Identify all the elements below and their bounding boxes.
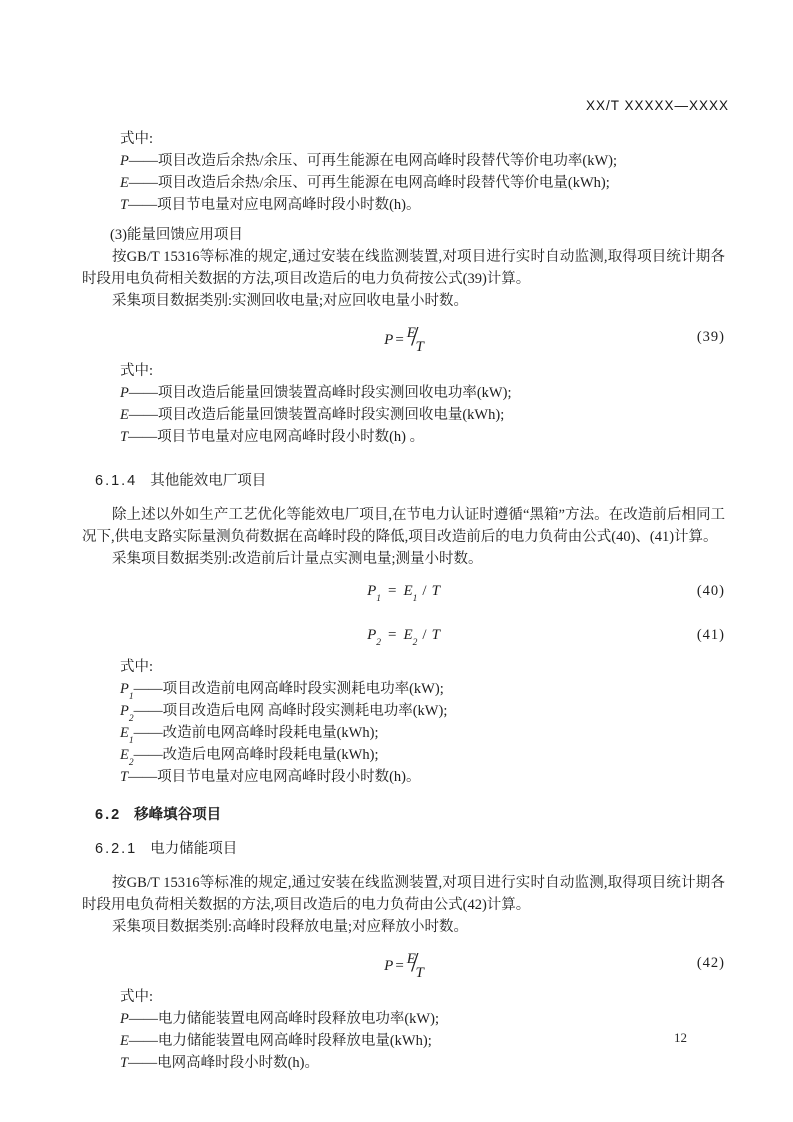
section-heading-6-2-1: 6.2.1电力储能项目 <box>95 838 725 860</box>
paragraph: 采集项目数据类别:高峰时段释放电量;对应释放小时数。 <box>82 916 725 938</box>
variable-symbol: P <box>120 1011 129 1027</box>
variable-symbol: E1 <box>120 725 134 741</box>
defs-label: 式中: <box>82 360 725 382</box>
heading-number: 6.2 <box>95 807 121 823</box>
paragraph: 采集项目数据类别:实测回收电量;对应回收电量小时数。 <box>82 290 725 312</box>
paragraph: 采集项目数据类别:改造前后计量点实测电量;测量小时数。 <box>82 548 725 570</box>
definition-text: ——项目改造后余热/余压、可再生能源在电网高峰时段替代等价电量(kWh); <box>129 175 610 191</box>
definition-item: E2——改造后电网高峰时段耗电量(kWh); <box>82 744 725 766</box>
variable-symbol: T <box>120 1055 128 1071</box>
variable-symbol: P1 <box>120 681 134 697</box>
definition-item: E——项目改造后余热/余压、可再生能源在电网高峰时段替代等价电量(kWh); <box>82 172 725 194</box>
definition-item: T——项目节电量对应电网高峰时段小时数(h)。 <box>82 194 725 216</box>
defs-label: 式中: <box>82 656 725 678</box>
definition-text: ——电网高峰时段小时数(h)。 <box>128 1055 319 1071</box>
formula-expression: P2=E2/T <box>367 624 440 646</box>
formula-41: P2=E2/T (41) <box>82 622 725 648</box>
formula-39: P=E/T (39) <box>82 316 725 358</box>
definition-item: E1——改造前电网高峰时段耗电量(kWh); <box>82 722 725 744</box>
variable-symbol: P2 <box>120 703 134 719</box>
definition-text: ——项目改造后电网 高峰时段实测耗电功率(kW); <box>134 703 448 719</box>
defs-label: 式中: <box>82 128 725 150</box>
variable-subscript: 1 <box>129 692 134 702</box>
formula-40: P1=E1/T (40) <box>82 578 725 604</box>
paragraph: 除上述以外如生产工艺优化等能效电厂项目,在节电力认证时遵循“黑箱”方法。在改造前… <box>82 504 725 548</box>
equation-number: (39) <box>697 326 725 348</box>
definition-item: T——项目节电量对应电网高峰时段小时数(h) 。 <box>82 426 725 448</box>
variable-subscript: 1 <box>129 736 134 746</box>
definitions-block: 式中: P1——项目改造前电网高峰时段实测耗电功率(kW); P2——项目改造后… <box>82 656 725 788</box>
definition-text: ——项目节电量对应电网高峰时段小时数(h) 。 <box>128 429 424 445</box>
definition-item: E——电力储能装置电网高峰时段释放电量(kWh); <box>82 1030 725 1052</box>
doc-code: XX/T XXXXX—XXXX <box>586 98 729 113</box>
equation-number: (42) <box>697 952 725 974</box>
definition-text: ——项目节电量对应电网高峰时段小时数(h)。 <box>128 769 420 785</box>
fraction: E/T <box>406 950 423 977</box>
formula-expression: P1=E1/T <box>367 580 440 602</box>
definition-item: P——电力储能装置电网高峰时段释放电功率(kW); <box>82 1008 725 1030</box>
variable-subscript: 2 <box>129 758 134 768</box>
formula-expression: P=E/T <box>384 324 423 351</box>
document-page: XX/T XXXXX—XXXX 式中: P——项目改造后余热/余压、可再生能源在… <box>0 0 793 1122</box>
definition-item: T——项目节电量对应电网高峰时段小时数(h)。 <box>82 766 725 788</box>
definition-item: P——项目改造后能量回馈装置高峰时段实测回收电功率(kW); <box>82 382 725 404</box>
list-item-heading: (3)能量回馈应用项目 <box>82 224 725 246</box>
variable-subscript: 2 <box>129 714 134 724</box>
fraction: E/T <box>406 324 423 351</box>
heading-title: 电力储能项目 <box>150 841 237 857</box>
variable-symbol: T <box>120 197 128 213</box>
paragraph: 按GB/T 15316等标准的规定,通过安装在线监测装置,对项目进行实时自动监测… <box>82 872 725 916</box>
definition-item: P——项目改造后余热/余压、可再生能源在电网高峰时段替代等价电功率(kW); <box>82 150 725 172</box>
section-heading-6-1-4: 6.1.4其他能效电厂项目 <box>95 470 725 492</box>
formula-42: P=E/T (42) <box>82 942 725 984</box>
variable-symbol: E <box>120 175 129 191</box>
definition-text: ——项目改造后能量回馈装置高峰时段实测回收电功率(kW); <box>129 385 512 401</box>
page-content: 式中: P——项目改造后余热/余压、可再生能源在电网高峰时段替代等价电功率(kW… <box>82 128 725 1074</box>
definition-text: ——电力储能装置电网高峰时段释放电功率(kW); <box>129 1011 439 1027</box>
defs-label: 式中: <box>82 986 725 1008</box>
heading-title: 其他能效电厂项目 <box>150 473 266 489</box>
formula-expression: P=E/T <box>384 950 423 977</box>
definition-text: ——项目改造后能量回馈装置高峰时段实测回收电量(kWh); <box>129 407 504 423</box>
variable-symbol: E2 <box>120 747 134 763</box>
definition-item: E——项目改造后能量回馈装置高峰时段实测回收电量(kWh); <box>82 404 725 426</box>
paragraph: 按GB/T 15316等标准的规定,通过安装在线监测装置,对项目进行实时自动监测… <box>82 246 725 290</box>
heading-number: 6.1.4 <box>95 473 137 489</box>
variable-symbol: E <box>120 407 129 423</box>
definition-text: ——项目改造前电网高峰时段实测耗电功率(kW); <box>134 681 444 697</box>
variable-symbol: T <box>120 769 128 785</box>
variable-symbol: P <box>120 153 129 169</box>
section-heading-6-2: 6.2移峰填谷项目 <box>95 804 725 826</box>
definition-item: P1——项目改造前电网高峰时段实测耗电功率(kW); <box>82 678 725 700</box>
heading-number: 6.2.1 <box>95 841 137 857</box>
heading-title: 移峰填谷项目 <box>134 807 221 823</box>
definition-item: P2——项目改造后电网 高峰时段实测耗电功率(kW); <box>82 700 725 722</box>
definition-text: ——改造后电网高峰时段耗电量(kWh); <box>134 747 379 763</box>
definition-item: T——电网高峰时段小时数(h)。 <box>82 1052 725 1074</box>
variable-symbol: E <box>120 1033 129 1049</box>
definition-text: ——项目节电量对应电网高峰时段小时数(h)。 <box>128 197 420 213</box>
variable-symbol: P <box>120 385 129 401</box>
page-number: 12 <box>674 1030 687 1046</box>
equation-number: (41) <box>697 624 725 646</box>
definition-text: ——改造前电网高峰时段耗电量(kWh); <box>134 725 379 741</box>
variable-symbol: T <box>120 429 128 445</box>
definition-text: ——电力储能装置电网高峰时段释放电量(kWh); <box>129 1033 432 1049</box>
equation-number: (40) <box>697 580 725 602</box>
definition-text: ——项目改造后余热/余压、可再生能源在电网高峰时段替代等价电功率(kW); <box>129 153 617 169</box>
